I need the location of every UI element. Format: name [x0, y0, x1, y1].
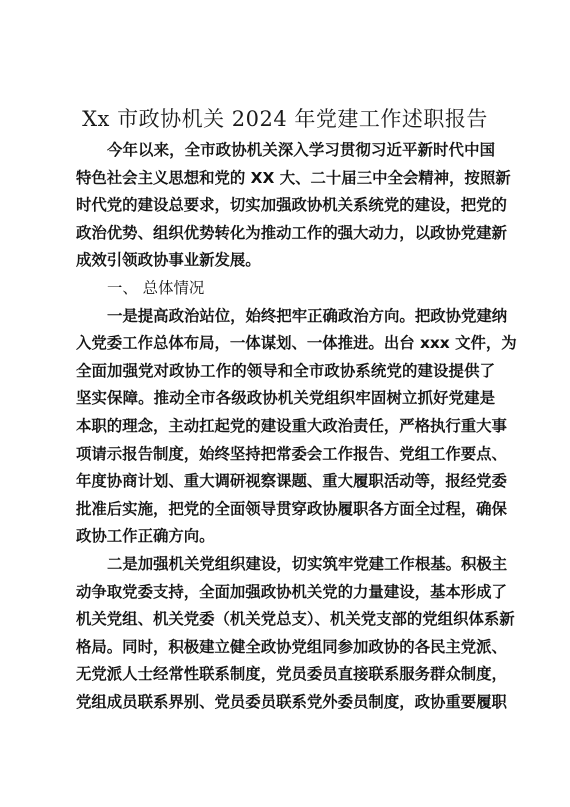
text-line: 时代党的建设总要求，切实加强政协机关系统党的建设，把党的	[76, 192, 495, 220]
text-line: 无党派人士经常性联系制度，党员委员直接联系服务群众制度，	[76, 661, 495, 689]
text-line: 年度协商计划、重大调研视察课题、重大履职活动等，报经党委	[76, 468, 495, 496]
text-line: 一是提高政治站位，始终把牢正确政治方向。把政协党建纳	[76, 303, 495, 331]
text-line: 批准后实施，把党的全面领导贯穿政协履职各方面全过程，确保	[76, 496, 495, 524]
text-line: 全面加强党对政协工作的领导和全市政协系统党的建设提供了	[76, 358, 495, 386]
text-line: 坚实保障。推动全市各级政协机关党组织牢固树立抓好党建是	[76, 385, 495, 413]
text-line: 特色社会主义思想和党的 XX 大、二十届三中全会精神，按照新	[76, 165, 495, 193]
document-page: Xx 市政协机关 2024 年党建工作述职报告 今年以来，全市政协机关深入学习贯…	[0, 0, 570, 807]
text-line: 本职的理念，主动扛起党的建设重大政治责任，严格执行重大事	[76, 413, 495, 441]
text-line: 政协工作正确方向。	[76, 523, 495, 551]
text-line: 入党委工作总体布局，一体谋划、一体推进。出台 xxx 文件，为	[76, 330, 495, 358]
text-line: 动争取党委支持，全面加强政协机关党的力量建设，基本形成了	[76, 579, 495, 607]
text-line: 成效引领政协事业新发展。	[76, 247, 495, 275]
paragraph-party-organization: 二是加强机关党组织建设，切实筑牢党建工作根基。积极主 动争取党委支持，全面加强政…	[76, 551, 495, 717]
text-line: 二是加强机关党组织建设，切实筑牢党建工作根基。积极主	[76, 551, 495, 579]
paragraph-intro: 今年以来，全市政协机关深入学习贯彻习近平新时代中国 特色社会主义思想和党的 XX…	[76, 137, 495, 275]
section-heading: 一、 总体情况	[76, 275, 495, 303]
text-line: 格局。同时，积极建立健全政协党组同参加政协的各民主党派、	[76, 634, 495, 662]
text-line: 机关党组、机关党委（机关党总支）、机关党支部的党组织体系新	[76, 606, 495, 634]
document-title: Xx 市政协机关 2024 年党建工作述职报告	[0, 104, 570, 134]
text-line: 党组成员联系界别、党员委员联系党外委员制度，政协重要履职	[76, 689, 495, 717]
text-line: 政治优势、组织优势转化为推动工作的强大动力，以政协党建新	[76, 220, 495, 248]
text-line: 项请示报告制度，始终坚持把常委会工作报告、党组工作要点、	[76, 441, 495, 469]
paragraph-political-stance: 一是提高政治站位，始终把牢正确政治方向。把政协党建纳 入党委工作总体布局，一体谋…	[76, 303, 495, 551]
document-body: 今年以来，全市政协机关深入学习贯彻习近平新时代中国 特色社会主义思想和党的 XX…	[76, 137, 495, 716]
section-heading-text: 一、 总体情况	[76, 275, 495, 303]
text-line: 今年以来，全市政协机关深入学习贯彻习近平新时代中国	[76, 137, 495, 165]
